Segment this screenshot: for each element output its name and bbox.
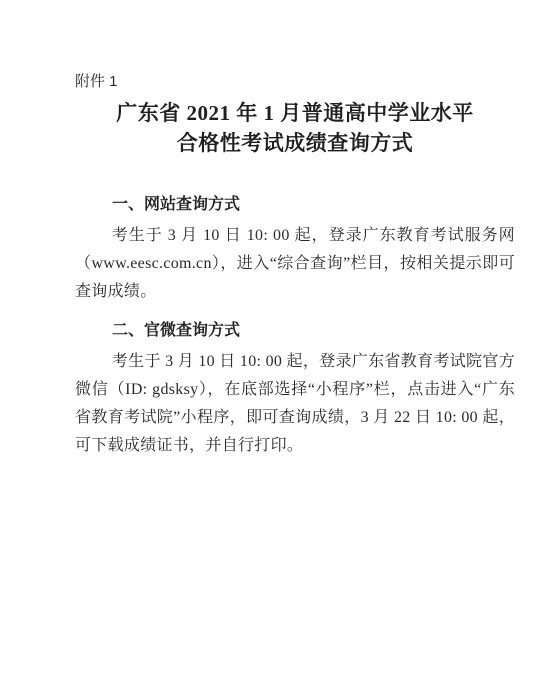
section-website-query: 一、网站查询方式 考生于 3 月 10 日 10: 00 起，登录广东教育考试服…: [75, 194, 515, 306]
attachment-label: 附件 1: [75, 72, 515, 92]
section-2-paragraph: 考生于 3 月 10 日 10: 00 起，登录广东省教育考试院官方微信（ID:…: [75, 348, 515, 460]
section-1-paragraph: 考生于 3 月 10 日 10: 00 起，登录广东教育考试服务网（www.ee…: [75, 222, 515, 306]
section-1-heading: 一、网站查询方式: [112, 194, 515, 216]
section-wechat-query: 二、官微查询方式 考生于 3 月 10 日 10: 00 起，登录广东省教育考试…: [75, 320, 515, 460]
document-title-line-1: 广东省 2021 年 1 月普通高中学业水平: [75, 98, 515, 128]
document-title-line-2: 合格性考试成绩查询方式: [75, 128, 515, 158]
section-2-heading: 二、官微查询方式: [112, 320, 515, 342]
document-page: 附件 1 广东省 2021 年 1 月普通高中学业水平 合格性考试成绩查询方式 …: [0, 0, 540, 693]
document-title: 广东省 2021 年 1 月普通高中学业水平 合格性考试成绩查询方式: [75, 98, 515, 158]
